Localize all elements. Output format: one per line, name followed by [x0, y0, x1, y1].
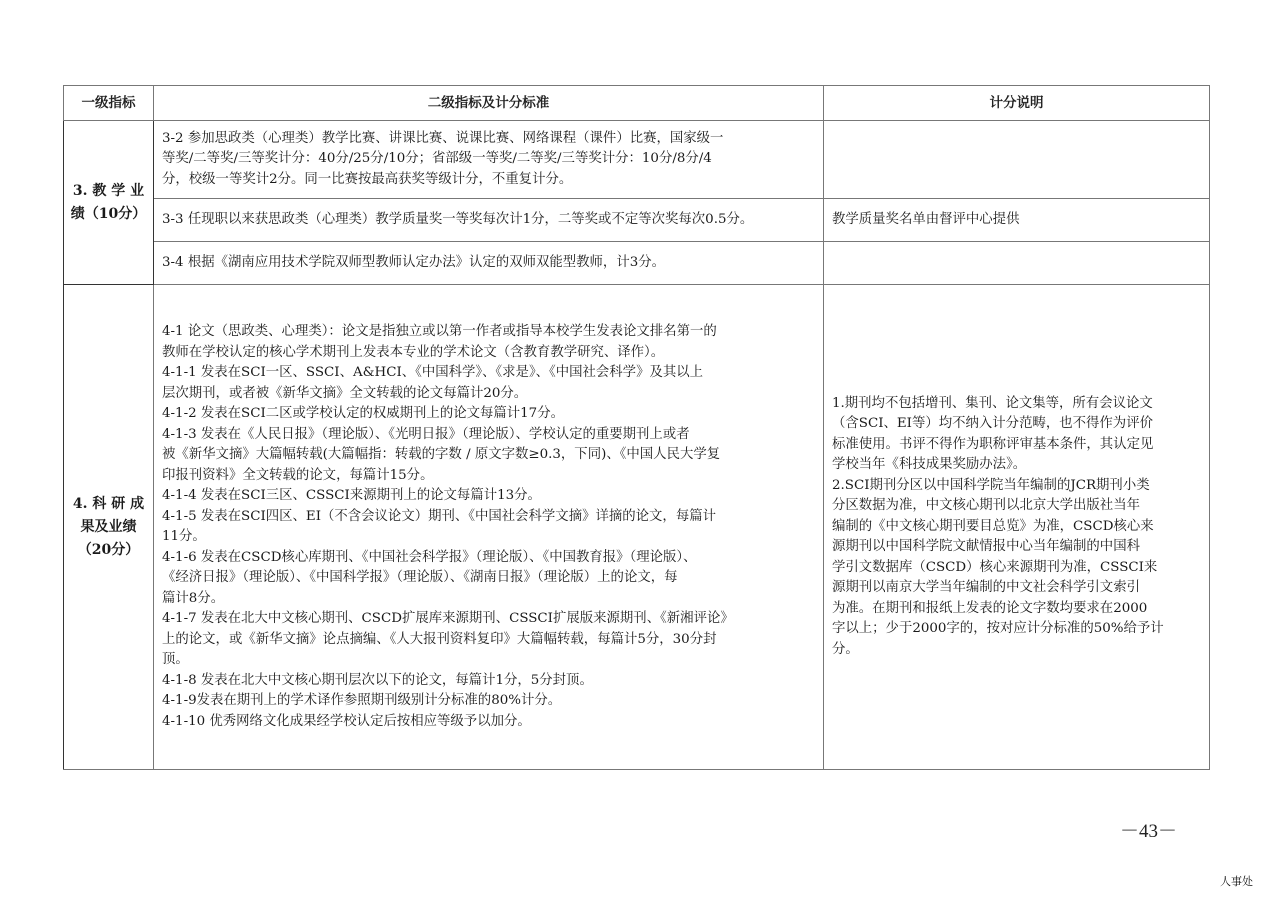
- criterion-line: 4-1-4 发表在SCI三区、CSSCI来源期刊上的论文每篇计13分。: [162, 486, 815, 507]
- header-scoring-notes: 计分说明: [824, 86, 1210, 121]
- criterion-line: 4-1-5 发表在SCI四区、EI（不含会议论文）期刊、《中国社会科学文摘》详摘…: [162, 507, 815, 528]
- note-line: （含SCI、EI等）均不纳入计分范畴，也不得作为评价: [832, 414, 1201, 435]
- note-line: 源期刊以中国科学院文献情报中心当年编制的中国科: [832, 537, 1201, 558]
- header-level2-indicator: 二级指标及计分标准: [154, 86, 824, 121]
- criterion-line: 等奖/二等奖/三等奖计分：40分/25分/10分；省部级一等奖/二等奖/三等奖计…: [162, 149, 815, 170]
- table-row: 3-3 任现职以来获思政类（心理类）教学质量奖一等奖每次计1分，二等奖或不定等次…: [64, 199, 1210, 242]
- criterion-line: 11分。: [162, 527, 815, 548]
- criterion-3-3: 3-3 任现职以来获思政类（心理类）教学质量奖一等奖每次计1分，二等奖或不定等次…: [154, 199, 824, 242]
- criterion-line: 《经济日报》（理论版）、《中国科学报》（理论版）、《湖南日报》（理论版）上的论文…: [162, 568, 815, 589]
- criterion-line: 上的论文，或《新华文摘》论点摘编、《人大报刊资料复印》大篇幅转载，每篇计5分，3…: [162, 630, 815, 651]
- category-name-line: 4. 科 研 成: [70, 493, 147, 516]
- note-line: 标准使用。书评不得作为职称评审基本条件，其认定见: [832, 435, 1201, 456]
- criterion-line: 4-1-3 发表在《人民日报》（理论版）、《光明日报》（理论版）、学校认定的重要…: [162, 425, 815, 446]
- criterion-line: 4-1-6 发表在CSCD核心库期刊、《中国社会科学报》（理论版）、《中国教育报…: [162, 548, 815, 569]
- criterion-line: 4-1 论文（思政类、心理类）：论文是指独立或以第一作者或指导本校学生发表论文排…: [162, 322, 815, 343]
- note-line: 学引文数据库（CSCD）核心来源期刊为准，CSSCI来: [832, 558, 1201, 579]
- criterion-line: 4-1-9发表在期刊上的学术译作参照期刊级别计分标准的80%计分。: [162, 691, 815, 712]
- criterion-line: 印报刊资料》全文转载的论文，每篇计15分。: [162, 466, 815, 487]
- department-stamp: 人事处: [1220, 873, 1253, 889]
- criterion-3-4: 3-4 根据《湖南应用技术学院双师型教师认定办法》认定的双师双能型教师，计3分。: [154, 242, 824, 285]
- page-number: －43－: [1120, 816, 1177, 843]
- note-3-3: 教学质量奖名单由督评中心提供: [824, 199, 1210, 242]
- criterion-line: 篇计8分。: [162, 589, 815, 610]
- criterion-line: 层次期刊，或者被《新华文摘》全文转载的论文每篇计20分。: [162, 384, 815, 405]
- criterion-line: 顶。: [162, 650, 815, 671]
- note-line: 2.SCI期刊分区以中国科学院当年编制的JCR期刊小类: [832, 476, 1201, 497]
- criterion-line: 3-4 根据《湖南应用技术学院双师型教师认定办法》认定的双师双能型教师，计3分。: [162, 253, 815, 274]
- table-row: 3. 教 学 业 绩（10分） 3-2 参加思政类（心理类）教学比赛、讲课比赛、…: [64, 121, 1210, 199]
- criterion-line: 3-2 参加思政类（心理类）教学比赛、讲课比赛、说课比赛、网络课程（课件）比赛，…: [162, 129, 815, 150]
- criterion-line: 被《新华文摘》大篇幅转载(大篇幅指：转载的字数 / 原文字数≥0.3，下同)、《…: [162, 445, 815, 466]
- note-line: 学校当年《科技成果奖励办法》。: [832, 455, 1201, 476]
- criterion-line: 4-1-10 优秀网络文化成果经学校认定后按相应等级予以加分。: [162, 712, 815, 733]
- note-3-2: [824, 121, 1210, 199]
- criterion-line: 4-1-1 发表在SCI一区、SSCI、A&HCI、《中国科学》、《求是》、《中…: [162, 363, 815, 384]
- note-line: 1.期刊均不包括增刊、集刊、论文集等，所有会议论文: [832, 394, 1201, 415]
- note-line: 编制的《中文核心期刊要目总览》为准，CSCD核心来: [832, 517, 1201, 538]
- criterion-line: 4-1-2 发表在SCI二区或学校认定的权威期刊上的论文每篇计17分。: [162, 404, 815, 425]
- category-name-line: 3. 教 学 业: [70, 180, 147, 203]
- table-row: 3-4 根据《湖南应用技术学院双师型教师认定办法》认定的双师双能型教师，计3分。: [64, 242, 1210, 285]
- table-header-row: 一级指标 二级指标及计分标准 计分说明: [64, 86, 1210, 121]
- note-line: 为准。在期刊和报纸上发表的论文字数均要求在2000: [832, 599, 1201, 620]
- criterion-3-2: 3-2 参加思政类（心理类）教学比赛、讲课比赛、说课比赛、网络课程（课件）比赛，…: [154, 121, 824, 199]
- criterion-line: 4-1-7 发表在北大中文核心期刊、CSCD扩展库来源期刊、CSSCI扩展版来源…: [162, 609, 815, 630]
- note-4-1: 1.期刊均不包括增刊、集刊、论文集等，所有会议论文 （含SCI、EI等）均不纳入…: [824, 285, 1210, 770]
- table-row: 4. 科 研 成 果及业绩 （20分） 4-1 论文（思政类、心理类）：论文是指…: [64, 285, 1210, 770]
- note-line: 字以上；少于2000字的，按对应计分标准的50%给予计: [832, 619, 1201, 640]
- scoring-criteria-table: 一级指标 二级指标及计分标准 计分说明 3. 教 学 业 绩（10分） 3-2 …: [63, 85, 1210, 770]
- category-name-line: 果及业绩: [70, 516, 147, 539]
- criterion-line: 分，校级一等奖计2分。同一比赛按最高获奖等级计分，不重复计分。: [162, 170, 815, 191]
- header-level1-indicator: 一级指标: [64, 86, 154, 121]
- criterion-line: 3-3 任现职以来获思政类（心理类）教学质量奖一等奖每次计1分，二等奖或不定等次…: [162, 210, 815, 231]
- category-research-achievements: 4. 科 研 成 果及业绩 （20分）: [64, 285, 154, 770]
- category-teaching-performance: 3. 教 学 业 绩（10分）: [64, 121, 154, 285]
- category-name-line: 绩（10分）: [70, 203, 147, 226]
- criterion-line: 教师在学校认定的核心学术期刊上发表本专业的学术论文（含教育教学研究、译作）。: [162, 343, 815, 364]
- category-name-line: （20分）: [70, 539, 147, 562]
- criterion-4-1: 4-1 论文（思政类、心理类）：论文是指独立或以第一作者或指导本校学生发表论文排…: [154, 285, 824, 770]
- criterion-line: 4-1-8 发表在北大中文核心期刊层次以下的论文，每篇计1分，5分封顶。: [162, 671, 815, 692]
- note-line: 分区数据为准，中文核心期刊以北京大学出版社当年: [832, 496, 1201, 517]
- note-line: 分。: [832, 640, 1201, 661]
- note-line: 源期刊以南京大学当年编制的中文社会科学引文索引: [832, 578, 1201, 599]
- note-3-4: [824, 242, 1210, 285]
